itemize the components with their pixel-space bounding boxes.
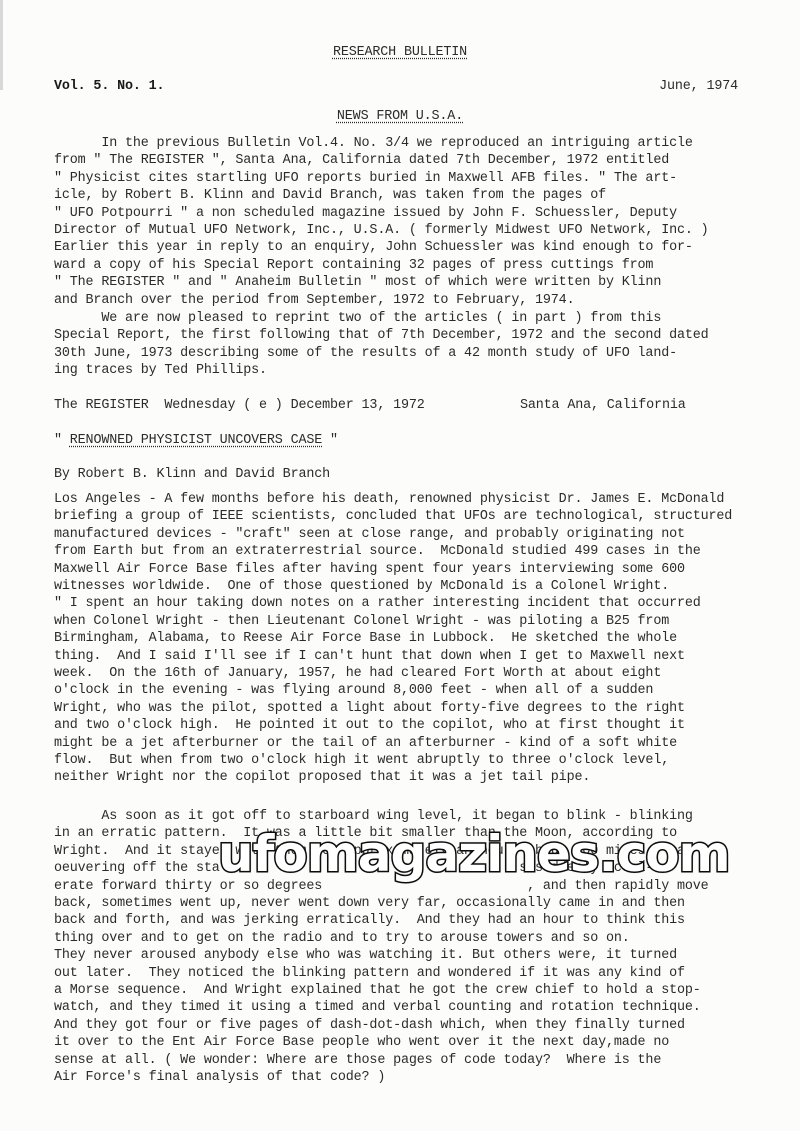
text-line: We are now pleased to reprint two of the…	[54, 310, 661, 327]
text-line: week. On the 16th of January, 1957, he h…	[54, 665, 661, 682]
text-line: and Branch over the period from Septembe…	[54, 292, 574, 309]
text-line: Wright, who was the pilot, spotted a lig…	[54, 700, 685, 717]
text-line: And they got four or five pages of dash-…	[54, 1017, 685, 1034]
text-line: and two o'clock high. He pointed it out …	[54, 717, 685, 734]
text-line: manufactured devices - "craft" seen at c…	[54, 526, 685, 543]
article-location: Santa Ana, California	[520, 397, 686, 414]
headline-open-quote: "	[54, 433, 70, 448]
text-line: a Morse sequence. And Wright explained t…	[54, 982, 701, 999]
text-line: back and forth, and was jerking erratica…	[54, 912, 685, 929]
text-line: " The REGISTER " and " Anaheim Bulletin …	[54, 274, 661, 291]
headline-close-quote: "	[322, 433, 338, 448]
text-line: from Earth but from an extraterrestrial …	[54, 543, 701, 560]
text-line: As soon as it got off to starboard wing …	[54, 808, 693, 825]
text-line: Earlier this year in reply to an enquiry…	[54, 239, 693, 256]
text-line: watch, and they timed it using a timed a…	[54, 999, 701, 1016]
text-line: They never aroused anybody else who was …	[54, 947, 677, 964]
article-source-line: The REGISTER Wednesday ( e ) December 13…	[54, 397, 425, 414]
text-line: " Physicist cites startling UFO reports …	[54, 170, 677, 187]
text-line: ing traces by Ted Phillips.	[54, 362, 267, 379]
article-headline: " RENOWNED PHYSICIST UNCOVERS CASE "	[54, 432, 338, 449]
text-line: Air Force's final analysis of that code?…	[54, 1069, 385, 1086]
text-line: ward a copy of his Special Report contai…	[54, 257, 653, 274]
section-title: NEWS FROM U.S.A.	[0, 108, 800, 125]
text-line: o'clock in the evening - was flying arou…	[54, 682, 653, 699]
headline-text: RENOWNED PHYSICIST UNCOVERS CASE	[70, 433, 322, 448]
text-line: when Colonel Wright - then Lieutenant Co…	[54, 613, 669, 630]
bulletin-title: RESEARCH BULLETIN	[0, 44, 800, 61]
text-line: thing. And I said I'll see if I can't hu…	[54, 648, 685, 665]
text-line: neither Wright nor the copilot proposed …	[54, 769, 590, 786]
text-line: witnesses worldwide. One of those questi…	[54, 578, 669, 595]
text-line: it over to the Ent Air Force Base people…	[54, 1034, 669, 1051]
bulletin-title-text: RESEARCH BULLETIN	[333, 45, 467, 60]
document-page: RESEARCH BULLETIN Vol. 5. No. 1. June, 1…	[0, 0, 800, 1131]
text-line: flow. But when from two o'clock high it …	[54, 752, 669, 769]
text-line: " UFO Potpourri " a non scheduled magazi…	[54, 205, 677, 222]
text-line: " I spent an hour taking down notes on a…	[54, 595, 701, 612]
text-line: 30th June, 1973 describing some of the r…	[54, 345, 677, 362]
section-title-text: NEWS FROM U.S.A.	[337, 109, 463, 124]
text-line: briefing a group of IEEE scientists, con…	[54, 508, 732, 525]
text-line: Birmingham, Alabama, to Reese Air Force …	[54, 630, 677, 647]
text-line: Maxwell Air Force Base files after havin…	[54, 561, 685, 578]
article-byline: By Robert B. Klinn and David Branch	[54, 466, 330, 483]
text-line: Director of Mutual UFO Network, Inc., U.…	[54, 222, 709, 239]
watermark: ufomagazines.com	[218, 826, 588, 882]
text-line: icle, by Robert B. Klinn and David Branc…	[54, 187, 606, 204]
issue-date: June, 1974	[659, 78, 738, 95]
text-line: sense at all. ( We wonder: Where are tho…	[54, 1052, 661, 1069]
text-line: In the previous Bulletin Vol.4. No. 3/4 …	[54, 135, 693, 152]
text-line: from " The REGISTER ", Santa Ana, Califo…	[54, 152, 669, 169]
text-line: back, sometimes went up, never went down…	[54, 895, 685, 912]
volume-number: Vol. 5. No. 1.	[54, 78, 164, 95]
text-line: out later. They noticed the blinking pat…	[54, 965, 685, 982]
text-line: thing over and to get on the radio and t…	[54, 930, 630, 947]
text-line: might be a jet afterburner or the tail o…	[54, 735, 677, 752]
text-line: Special Report, the first following that…	[54, 327, 709, 344]
text-line: Los Angeles - A few months before his de…	[54, 491, 724, 508]
